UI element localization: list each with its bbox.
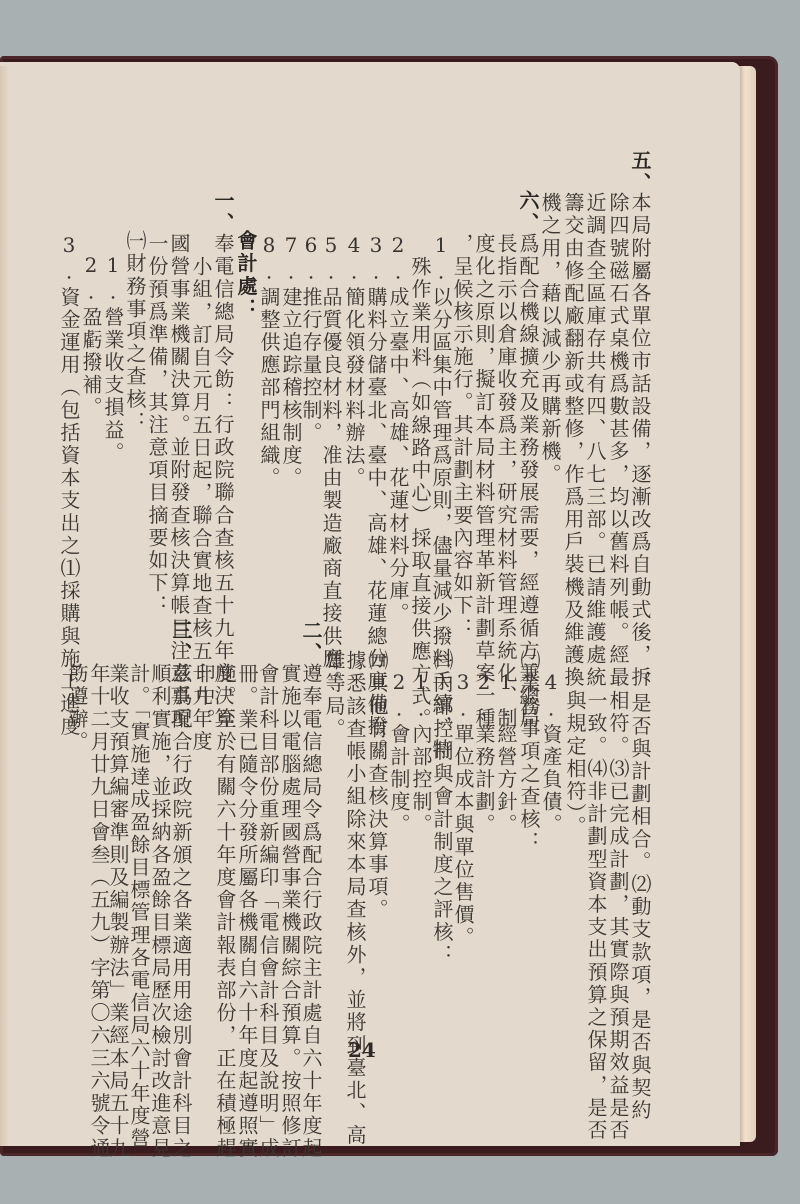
text-column: 長指示以倉庫收發爲主，研究材料管理系統化、制 [495, 233, 517, 730]
text-column: 實施以電腦處理國營事業機關綜合預算。按照修訂 [279, 663, 301, 1160]
text-column: 與規定相符）。 [564, 690, 586, 838]
page-number: 24 [348, 1038, 376, 1062]
section-heading-2: 二、 [300, 620, 322, 665]
text-column: ，是否與計劃相合。⑵動支款項，是否與契約 [629, 670, 651, 1122]
section-heading-6: 六、 [517, 190, 539, 235]
text-column: 雄等局。 [323, 650, 345, 740]
list-item: 8.調整供應部門組織。 [258, 233, 280, 490]
text-column: 籌交由修配廠翻新或整修，作爲用戶裝機及維護換 [562, 192, 584, 689]
list-item: 4.簡化領發材料辦法。 [343, 233, 365, 490]
list-item: 2.會計制度。 [388, 670, 410, 836]
text-column: 年十二月廿九日會叁（五九）字第〇六三六號令通 [88, 663, 110, 1160]
text-column: 計。「實施達成盈餘目標管理各電信局六十年度營 [128, 663, 150, 1150]
text-column: 茲爲配合行政院新頒之各業適用用途別會計科目之 [170, 663, 192, 1160]
text-column: 相符。⑶已完成計劃，其實際與預期效益是否 [607, 690, 629, 1142]
list-item: 1.經營方針。 [495, 670, 517, 836]
list-item: 3.單位成本與單位售價。 [452, 670, 474, 949]
text-column: 奉電信總局令飭：行政院聯合查核五十九年度決算 [212, 233, 234, 730]
list-item: 4.資產負債。 [540, 670, 562, 836]
section-heading-5: 五、 [629, 150, 651, 195]
text-column: 飭遵辦。 [66, 663, 88, 753]
subsection-heading: ㈡業務事項之查核： [518, 650, 540, 853]
text-column: 據悉該查帳小組除來本局查核外，並將到臺北、高 [344, 650, 366, 1147]
list-item: 2.業務計劃。 [473, 670, 495, 836]
text-column: 冊。業已隨令分發所屬各機關自六十年度起遵照實 [236, 663, 258, 1160]
subsection-heading: ㈣其他有關查核決算事項。 [366, 650, 388, 921]
list-item: 7.建立追踪稽核制度。 [280, 233, 302, 490]
list-item: 1.營業收支損益。 [102, 253, 124, 464]
text-column: 一份預爲準備，其注意項目摘要如下： [146, 233, 168, 617]
text-column: ，呈候核示施行。其計劃主要內容如下： [451, 233, 473, 640]
text-column: 一致。⑷非計劃型資本支出預算之保留，是否 [585, 690, 607, 1142]
page-gutter [0, 66, 10, 1146]
list-item: 2.盈虧撥補。 [80, 253, 102, 419]
subsection-heading: ㈢內部控制與會計制度之評核： [431, 650, 453, 966]
text-column: 印中。 [193, 663, 215, 731]
text-column: 度化之原則，擬訂本局材料管理革新計劃草案一種 [473, 233, 495, 730]
text-column: 殊作業用料（如線路中心）採取直接供應方式。 [409, 256, 431, 731]
text-column: 會計科目部份重新編印「電信會計科目及說明」成 [257, 663, 279, 1160]
text-column: 順利實施，並採納各盈餘目標局歷次檢討改進意見 [149, 663, 171, 1160]
section-heading-1: 一、 [212, 190, 234, 235]
list-item: 6.推行存量控制。 [300, 233, 322, 444]
text-column: 本局附屬各單位市話設備，逐漸改爲自動式後，拆 [629, 192, 651, 689]
text-column: 遵奉電信總局令爲配合行政院主計處自六十年度起 [300, 663, 322, 1160]
list-item: 5.品質優良材料，准由製造廠商直接供應。 [320, 233, 342, 693]
department-heading: 會計處： [235, 230, 257, 320]
text-column: 近調查全區庫存共有四、八七三部。已請維護處統 [584, 192, 606, 689]
text-column: 施。至於有關六十年度會計報表部份，正在積極趕 [214, 663, 236, 1160]
section-heading-3: 三、 [170, 620, 192, 665]
text-column: 除四號磁石式桌機爲數甚多，均以舊料列帳。經最 [607, 192, 629, 689]
list-item: 2.成立臺中、高雄、花蓮材料分庫。 [387, 233, 409, 625]
text-column: 機之用，藉以減少再購新機。 [539, 192, 561, 486]
list-item: 1.內部控制。 [410, 670, 432, 836]
subsection-heading: ㈠財務事項之查核： [124, 230, 146, 433]
